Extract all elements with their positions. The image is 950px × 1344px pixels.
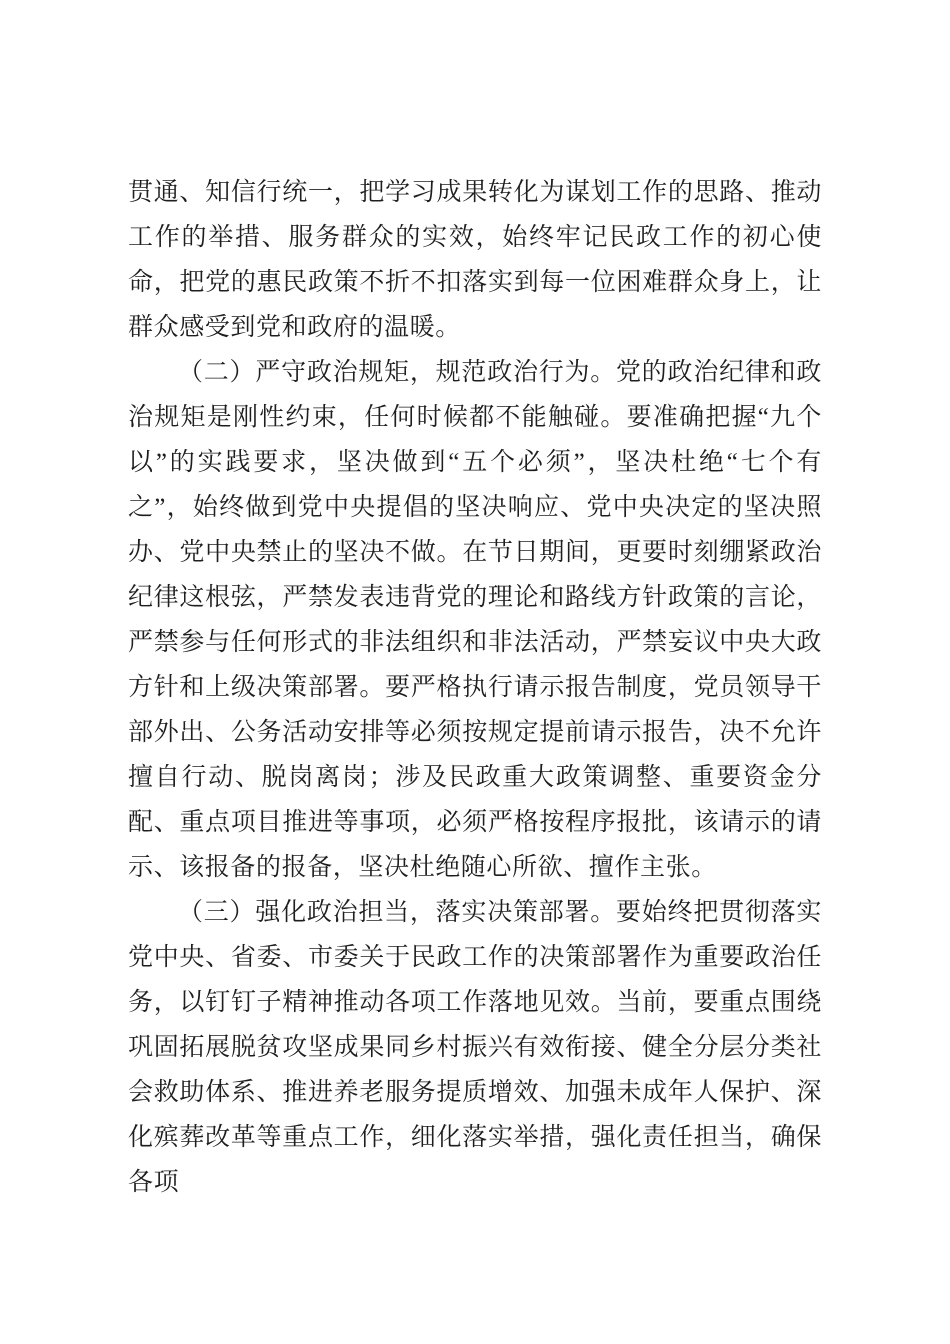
document-body: 贯通、知信行统一，把学习成果转化为谋划工作的思路、推动工作的举措、服务群众的实效… <box>128 170 822 1205</box>
paragraph-section-2: （二）严守政治规矩，规范政治行为。党的政治纪律和政治规矩是刚性约束，任何时候都不… <box>128 350 822 890</box>
paragraph-section-3: （三）强化政治担当，落实决策部署。要始终把贯彻落实党中央、省委、市委关于民政工作… <box>128 890 822 1205</box>
paragraph-continuation: 贯通、知信行统一，把学习成果转化为谋划工作的思路、推动工作的举措、服务群众的实效… <box>128 170 822 350</box>
document-page: 贯通、知信行统一，把学习成果转化为谋划工作的思路、推动工作的举措、服务群众的实效… <box>0 0 950 1344</box>
